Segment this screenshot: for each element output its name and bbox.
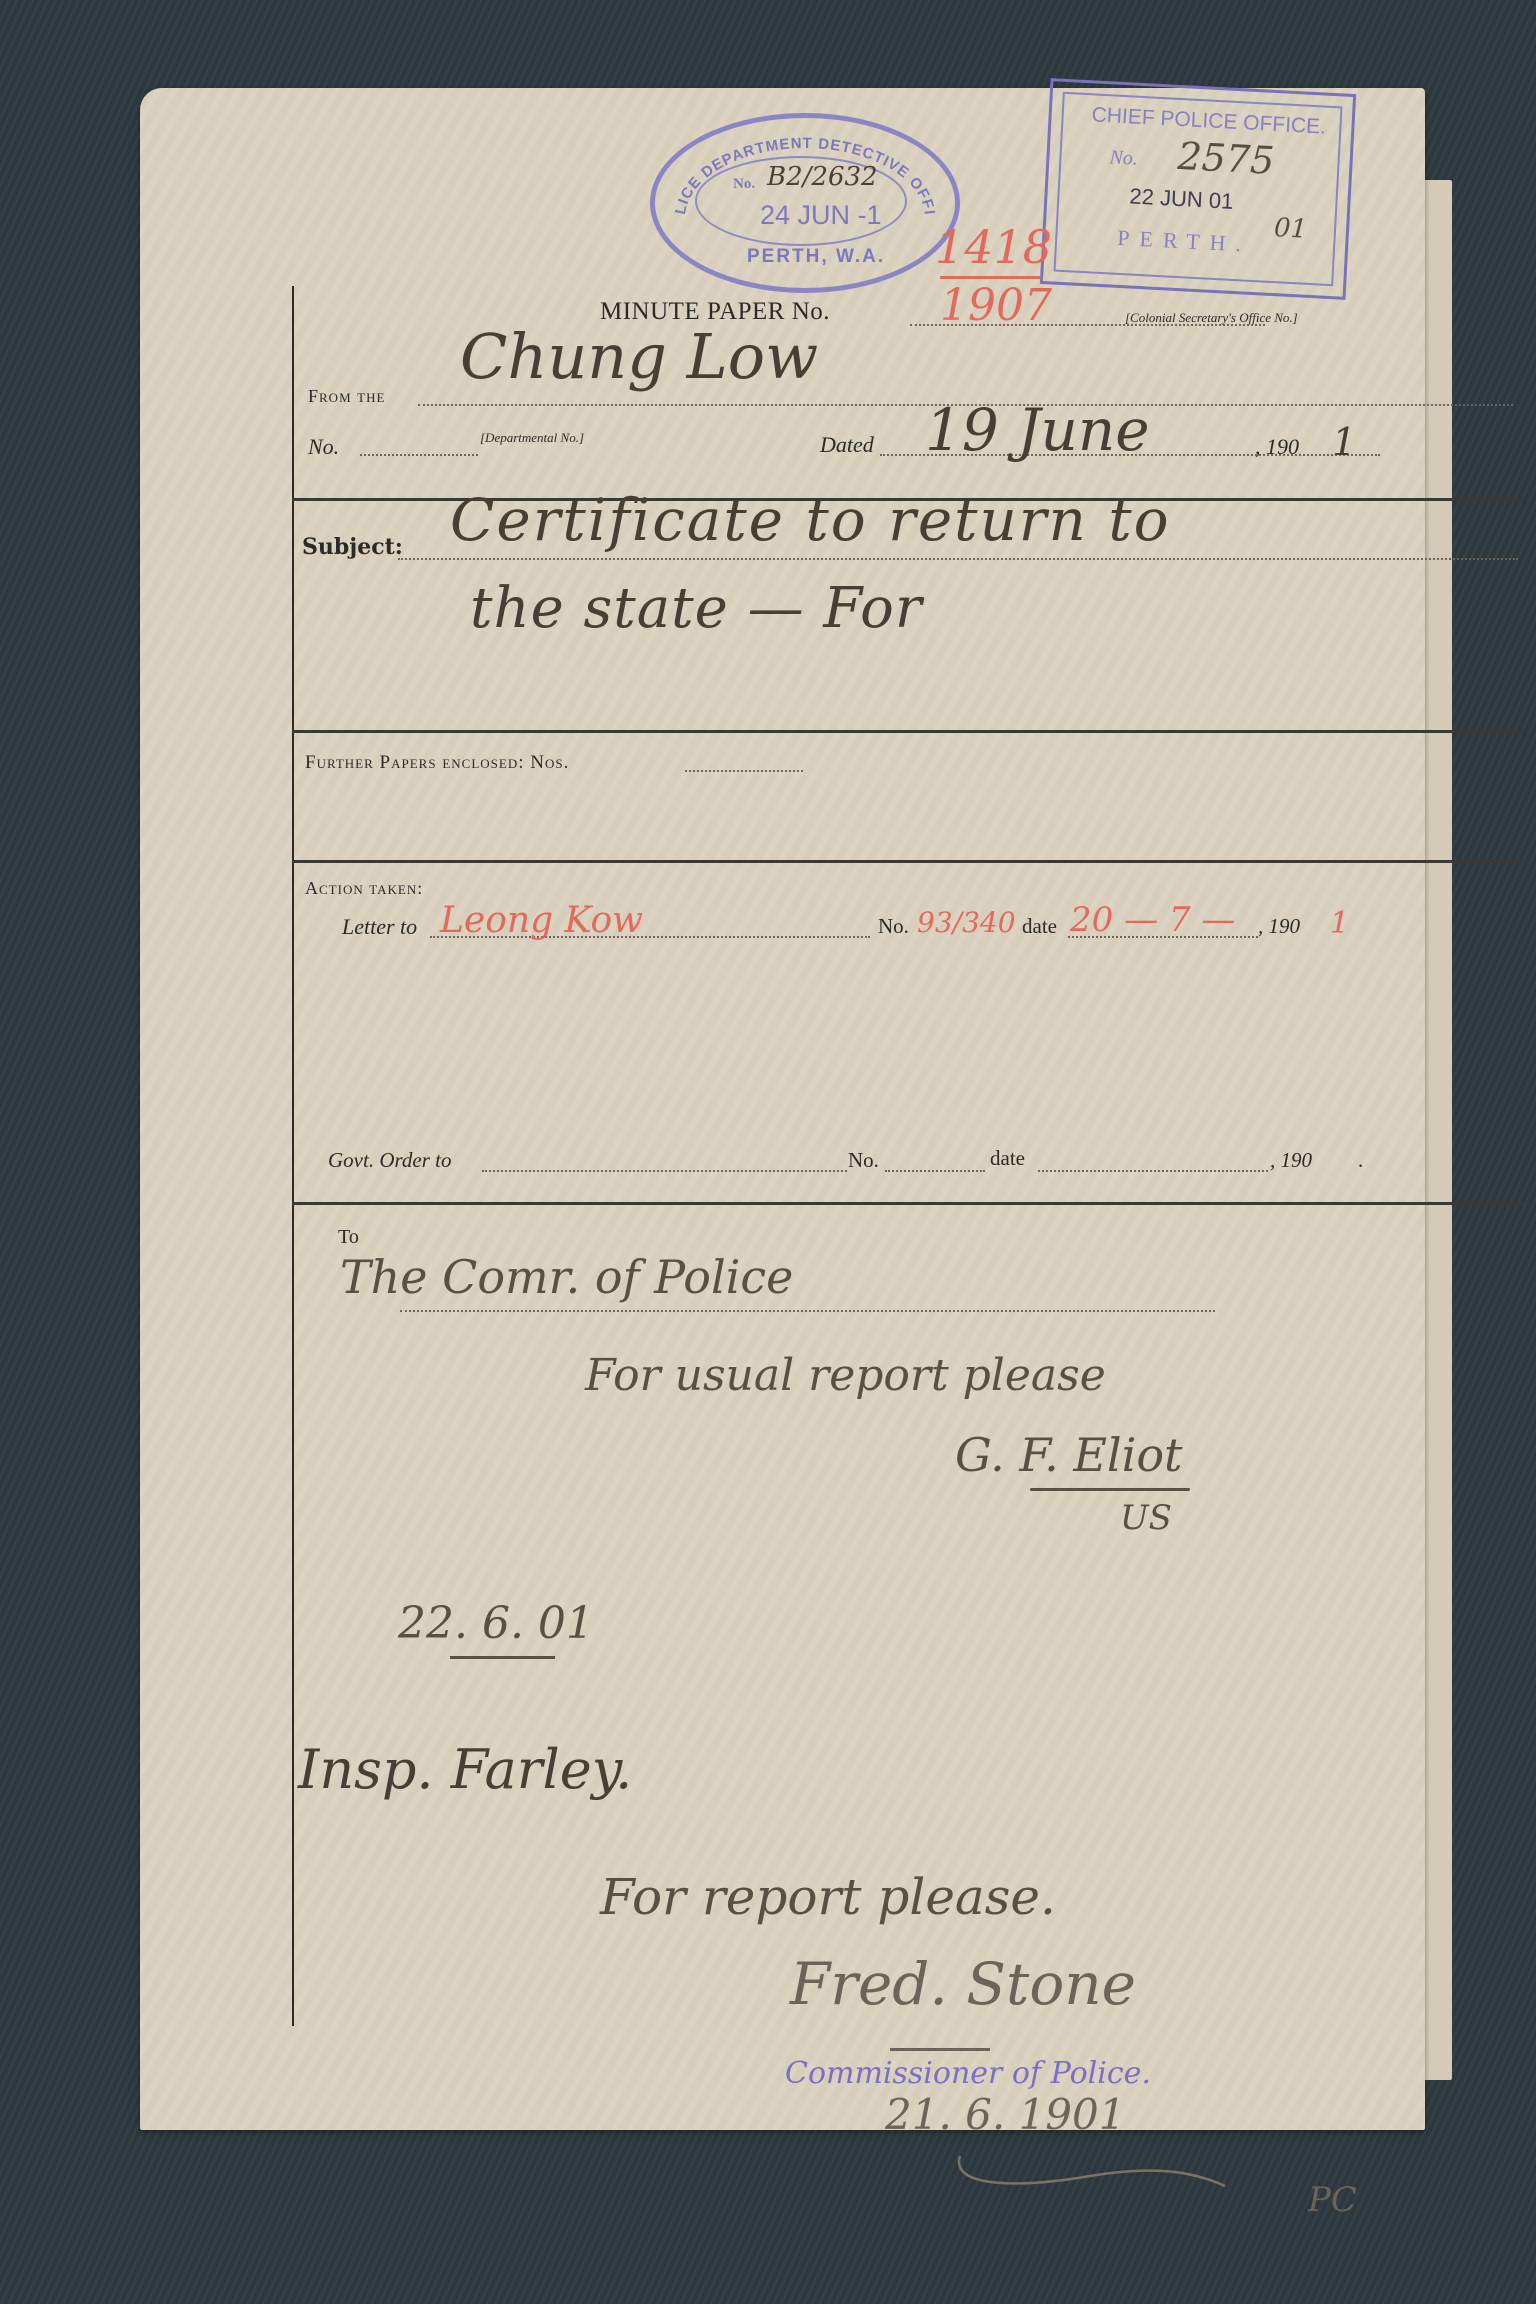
stamp-handwritten-number: B2/2632 — [767, 162, 878, 192]
registration-number-upper: 1418 — [935, 220, 1052, 274]
govt-order-field — [482, 1170, 847, 1172]
letter-to-value: Leong Kow — [440, 900, 643, 941]
stamp-no-label: No. — [1109, 146, 1139, 170]
detective-office-stamp: POLICE DEPARTMENT DETECTIVE OFFICE PERTH… — [650, 113, 960, 293]
year-suffix: 1 — [1332, 420, 1356, 464]
signature-2: Fred. Stone — [790, 1950, 1136, 2018]
letter-year-suffix: 1 — [1330, 906, 1349, 941]
flourish-line — [940, 2148, 1240, 2198]
stamp-no-label: No. — [733, 176, 755, 193]
no-label: No. — [308, 434, 339, 460]
section-divider — [292, 1202, 1524, 1205]
to-value: The Comr. of Police — [340, 1250, 793, 1304]
stamp-date: 24 JUN -1 — [760, 200, 882, 231]
minute-date-2: 21. 6. 1901 — [885, 2090, 1125, 2139]
further-papers-field — [685, 770, 803, 772]
govt-date-field — [1038, 1170, 1268, 1172]
letter-no-label: No. — [878, 914, 909, 939]
letter-date-label: date — [1022, 914, 1057, 939]
govt-order-label: Govt. Order to — [328, 1148, 451, 1173]
stamp-handwritten-suffix: 01 — [1273, 213, 1308, 245]
dated-value: 19 June — [925, 396, 1150, 464]
subject-line-2: the state — For — [470, 576, 923, 641]
section-divider — [292, 860, 1524, 863]
from-value: Chung Low — [460, 320, 818, 393]
signature-1-underline — [1030, 1488, 1190, 1491]
govt-date-label: date — [990, 1146, 1025, 1171]
stamp-handwritten-number: 2575 — [1177, 134, 1276, 183]
commissioner-stamp: Commissioner of Police. — [785, 2056, 1151, 2091]
minute-date-1: 22. 6. 01 — [398, 1598, 594, 1649]
to-field — [400, 1310, 1215, 1312]
departmental-note: [Departmental No.] — [480, 430, 584, 446]
letter-to-label: Letter to — [342, 914, 417, 940]
minute-paper: POLICE DEPARTMENT DETECTIVE OFFICE PERTH… — [140, 88, 1425, 2130]
signature-1: G. F. Eliot — [955, 1428, 1183, 1482]
departmental-no-field — [360, 454, 478, 456]
dated-label: Dated — [820, 432, 874, 458]
chief-police-office-stamp: CHIEF POLICE OFFICE. No. 2575 22 JUN 01 … — [1040, 78, 1356, 300]
stamp-date: 22 JUN 01 — [1129, 183, 1234, 214]
further-papers-label: Further Papers enclosed: Nos. — [305, 752, 569, 774]
from-label: From the — [308, 386, 385, 407]
govt-no-label: No. — [848, 1148, 879, 1173]
registration-divider — [940, 276, 1040, 279]
left-margin-rule — [292, 286, 294, 2026]
minute-note-1: For usual report please — [585, 1350, 1106, 1401]
govt-no-field — [885, 1170, 985, 1172]
section-divider — [292, 730, 1524, 733]
year-prefix: , 190 — [1255, 434, 1299, 460]
minute-date-1-underline — [450, 1656, 555, 1659]
subject-line-1: Certificate to return to — [450, 486, 1171, 554]
govt-year-end: . — [1358, 1148, 1363, 1173]
minute-paper-number: 1907 — [940, 280, 1052, 331]
stamp-location: PERTH, W.A. — [747, 246, 885, 268]
action-taken-label: Action taken: — [305, 878, 423, 899]
govt-year: , 190 — [1270, 1148, 1312, 1173]
colonial-office-note: [Colonial Secretary's Office No.] — [1125, 310, 1298, 326]
addressee-2: Insp. Farley. — [298, 1738, 632, 1801]
signature-1-sub: US — [1120, 1498, 1172, 1538]
subject-field — [398, 558, 1518, 560]
signature-2-underline — [890, 2048, 990, 2051]
letter-date-value: 20 — 7 — — [1070, 900, 1235, 940]
initials: PC — [1308, 2180, 1357, 2220]
letter-year-prefix: , 190 — [1258, 914, 1300, 939]
letter-no-value: 93/340 — [917, 906, 1016, 939]
subject-label: Subject: — [302, 534, 403, 560]
minute-note-2: For report please. — [600, 1868, 1056, 1926]
to-label: To — [338, 1226, 359, 1249]
